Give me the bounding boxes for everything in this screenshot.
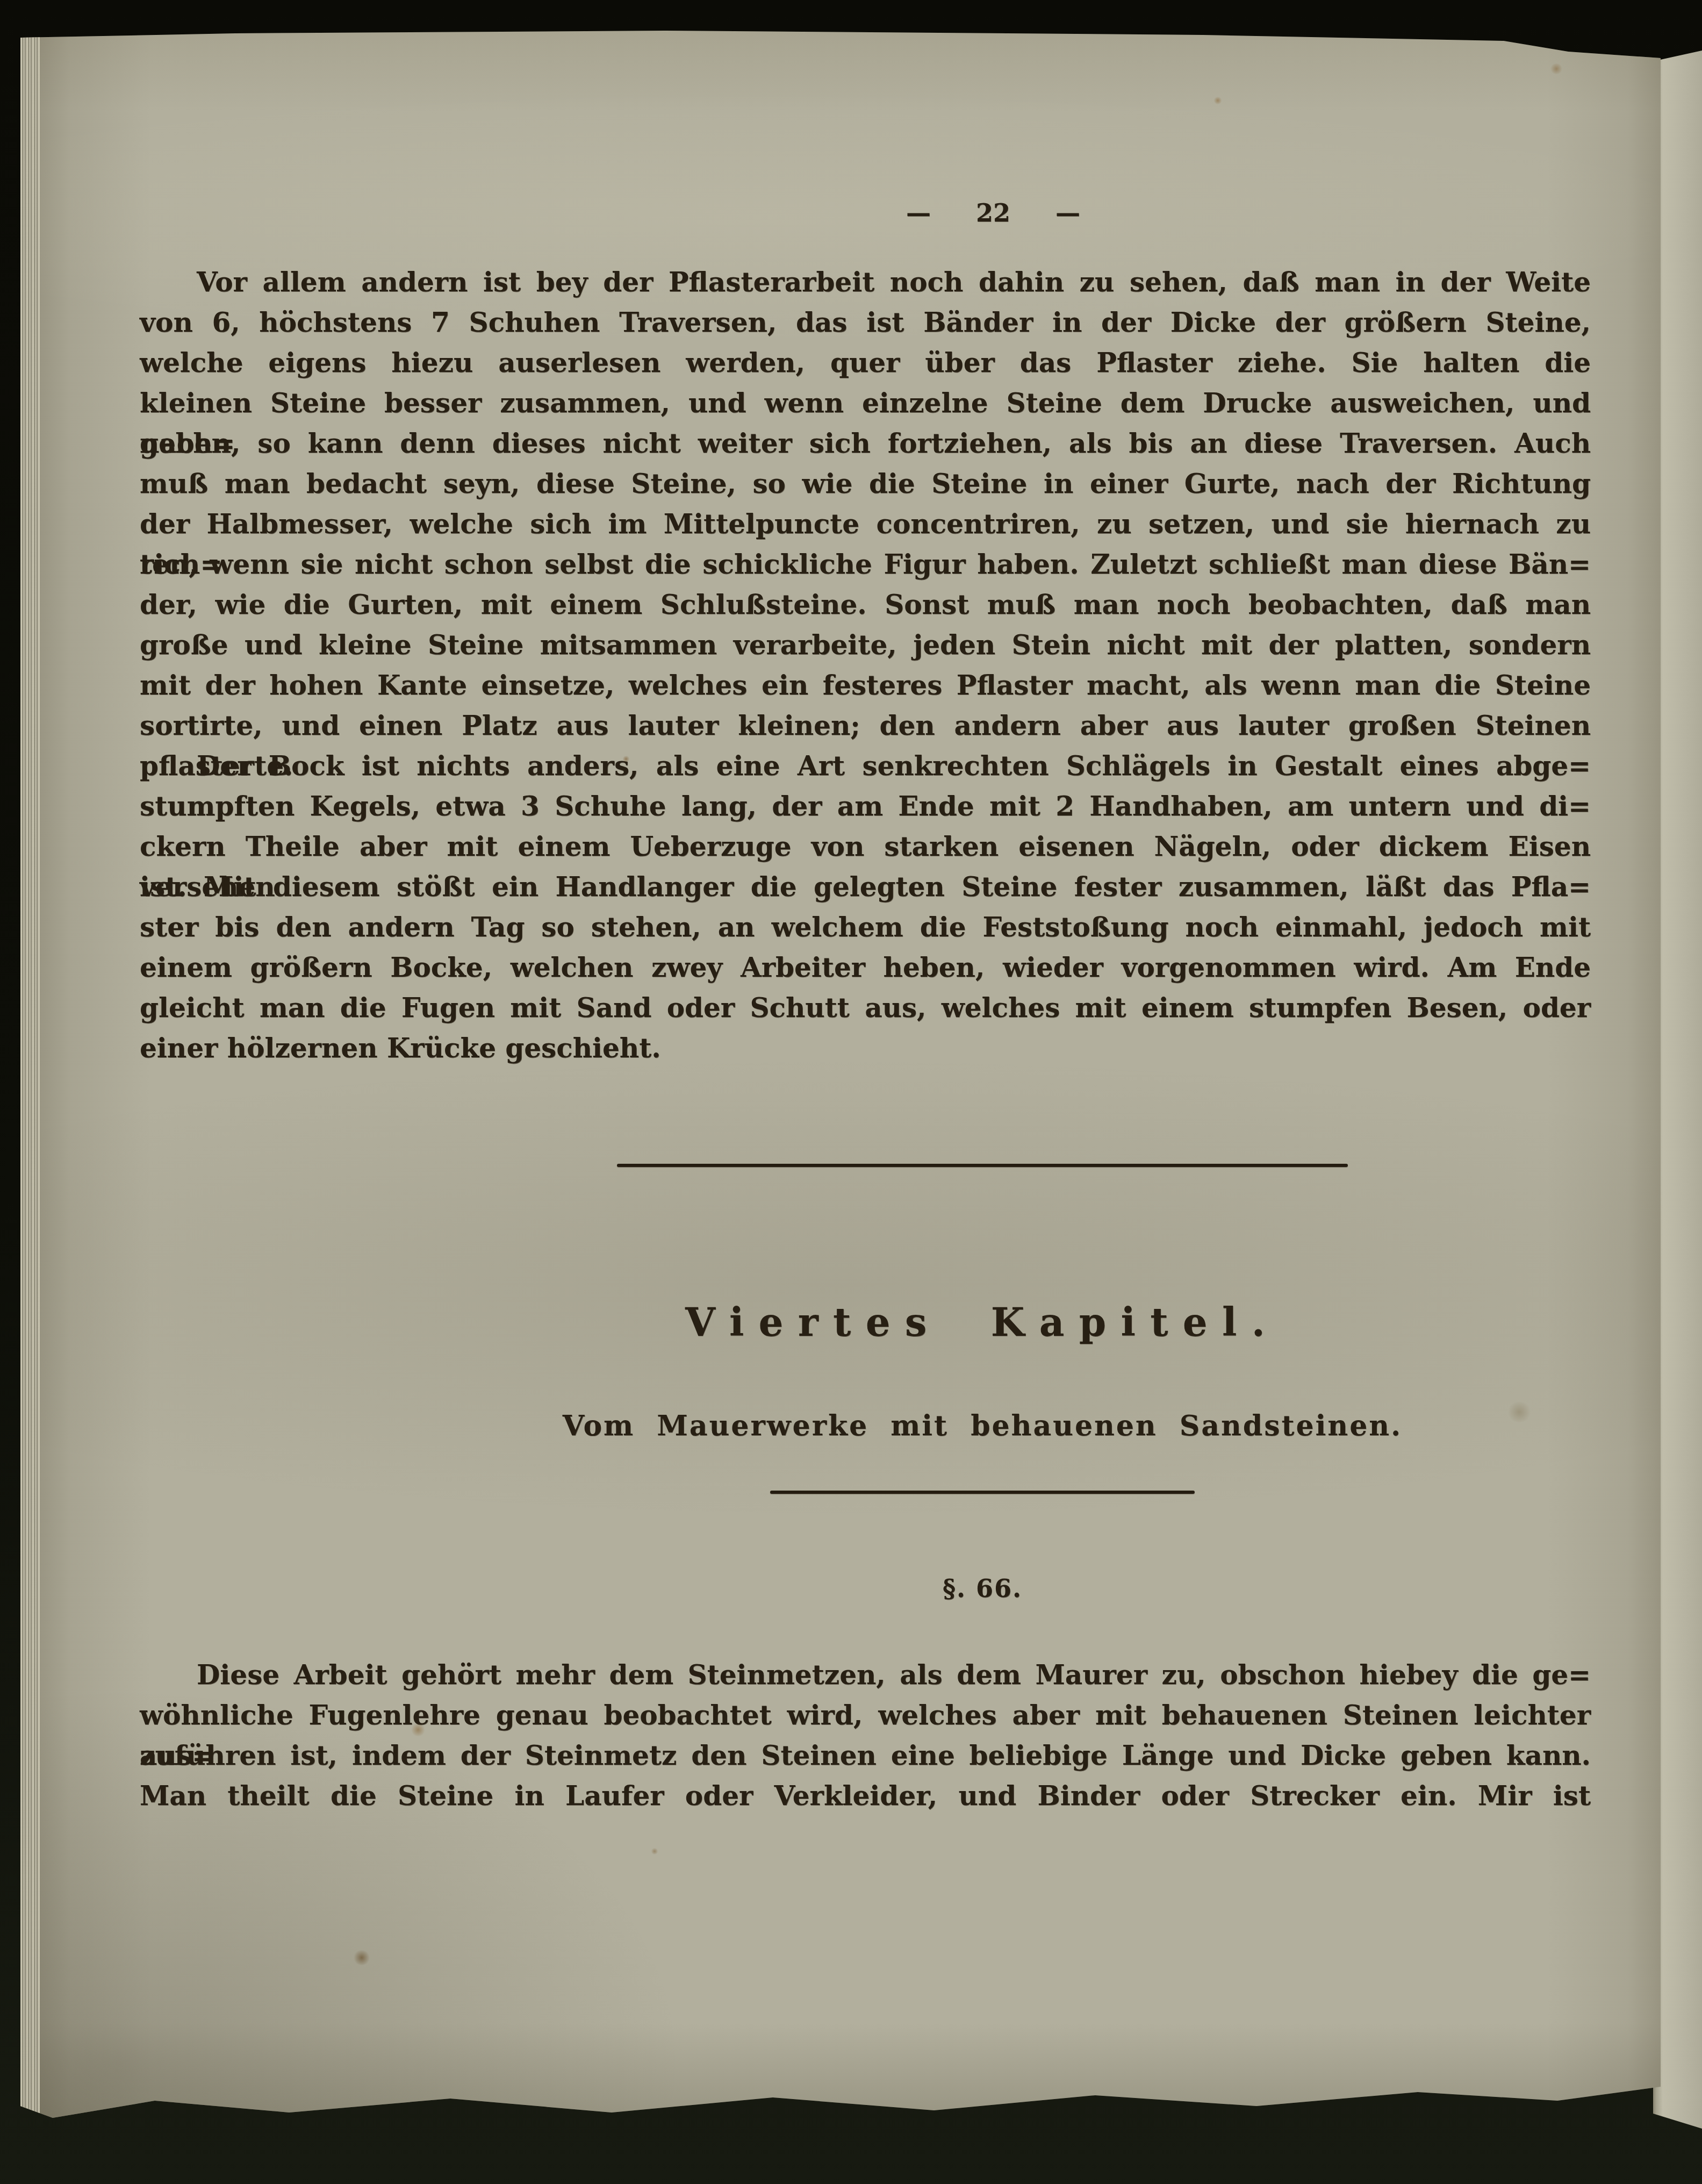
book-scan: — 22 — Vor allem andern ist bey der Pfla… bbox=[0, 0, 1702, 2184]
stain-spot bbox=[651, 1848, 658, 1854]
text-line: mit der hohen Kante einsetze, welches ei… bbox=[140, 665, 1591, 705]
divider-rule bbox=[617, 1164, 1348, 1167]
text-line: Diese Arbeit gehört mehr dem Steinmetzen… bbox=[140, 1655, 1591, 1695]
text-line: Man theilt die Steine in Laufer oder Ver… bbox=[140, 1775, 1591, 1816]
header-dash-right: — bbox=[1055, 198, 1080, 227]
header-dash-left: — bbox=[906, 198, 931, 227]
text-line: zuführen ist, indem der Steinmetz den St… bbox=[140, 1735, 1591, 1775]
section-divider-bottom bbox=[343, 1491, 1622, 1494]
text-line: ckern Theile aber mit einem Ueberzuge vo… bbox=[140, 826, 1591, 867]
divider-rule bbox=[770, 1491, 1195, 1494]
chapter-title: Viertes Kapitel. bbox=[685, 1299, 1280, 1345]
text-line: sortirte, und einen Platz aus lauter kle… bbox=[140, 705, 1591, 746]
chapter-heading: Viertes Kapitel. bbox=[343, 1292, 1622, 1351]
book-page: — 22 — Vor allem andern ist bey der Pfla… bbox=[20, 28, 1661, 2128]
text-line: Der Bock ist nichts anders, als eine Art… bbox=[140, 746, 1591, 786]
chapter-subtitle: Vom Mauerwerke mit behauenen Sandsteinen… bbox=[563, 1409, 1402, 1442]
section-divider-top bbox=[343, 1164, 1622, 1167]
text-line: geben, so kann denn dieses nicht weiter … bbox=[140, 423, 1591, 463]
text-line: von 6, höchstens 7 Schuhen Traversen, da… bbox=[140, 302, 1591, 342]
text-line: ist. Mit diesem stößt ein Handlanger die… bbox=[140, 867, 1591, 907]
text-line: gleicht man die Fugen mit Sand oder Schu… bbox=[140, 987, 1591, 1028]
section-number-row: §. 66. bbox=[343, 1570, 1622, 1607]
text-line: wöhnliche Fugenlehre genau beobachtet wi… bbox=[140, 1695, 1591, 1735]
page-header: — 22 — bbox=[784, 188, 1203, 238]
text-line: welche eigens hiezu auserlesen werden, q… bbox=[140, 342, 1591, 383]
page-number: 22 bbox=[976, 198, 1010, 227]
chapter-subtitle-row: Vom Mauerwerke mit behauenen Sandsteinen… bbox=[343, 1404, 1622, 1447]
text-line: kleinen Steine besser zusammen, und wenn… bbox=[140, 383, 1591, 423]
text-line: Vor allem andern ist bey der Pflasterarb… bbox=[140, 262, 1591, 302]
paragraph-steinmetz: Diese Arbeit gehört mehr dem Steinmetzen… bbox=[140, 1655, 1591, 1816]
stain-spot bbox=[1550, 63, 1563, 74]
text-line: große und kleine Steine mitsammen verarb… bbox=[140, 625, 1591, 665]
paragraph-pflasterarbeit: Vor allem andern ist bey der Pflasterarb… bbox=[140, 262, 1591, 1068]
stain-spot bbox=[1213, 97, 1222, 104]
stain-spot bbox=[353, 1950, 370, 1965]
page-stack-edges bbox=[20, 31, 40, 2124]
text-line: ster bis den andern Tag so stehen, an we… bbox=[140, 907, 1591, 947]
text-line: einem größern Bocke, welchen zwey Arbeit… bbox=[140, 947, 1591, 987]
text-line: einer hölzernen Krücke geschieht. bbox=[140, 1028, 1591, 1068]
text-line: stumpften Kegels, etwa 3 Schuhe lang, de… bbox=[140, 786, 1591, 826]
text-line: muß man bedacht seyn, diese Steine, so w… bbox=[140, 463, 1591, 504]
text-line: ten, wenn sie nicht schon selbst die sch… bbox=[140, 544, 1591, 584]
text-line: der Halbmesser, welche sich im Mittelpun… bbox=[140, 504, 1591, 544]
section-number: §. 66. bbox=[943, 1574, 1022, 1603]
text-line: der, wie die Gurten, mit einem Schlußste… bbox=[140, 584, 1591, 625]
